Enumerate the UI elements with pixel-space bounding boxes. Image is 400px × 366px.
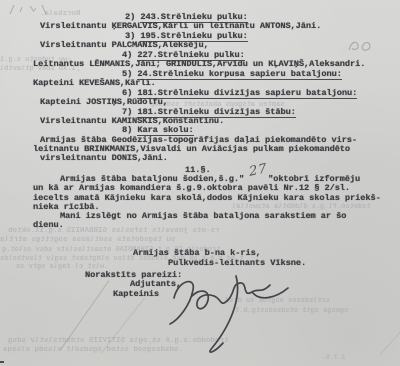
officer-line: Kapteini KEVEŠANS,Kārli.	[33, 79, 156, 88]
officer-line: Virsleitnantu PALCMANIS,Aleksēju,	[40, 41, 209, 50]
scan-speck	[0, 361, 4, 363]
pencil-scribble	[346, 36, 374, 54]
pencil-scribble	[6, 2, 50, 18]
signature-block-line: Pulkvedis-leitnants Vīksne.	[168, 259, 306, 268]
paragraph-line: un kā ar Armijas komandiera š.g.9.oktobr…	[33, 184, 350, 193]
handwritten-signature-jostins	[148, 270, 298, 355]
unit-heading-line: 8) Kara skolu:	[122, 126, 194, 135]
paragraph-line: dienu.	[33, 221, 64, 230]
bleedthrough-fragment: tsdotso.fl.g.s dlddbtla atswstlal	[232, 203, 371, 211]
bleedthrough-fragment: su tsgsdotsts ssdtlassa sogtttgs atrtla	[0, 236, 176, 244]
item-number: 8)	[122, 125, 137, 135]
bleedthrough-fragment: 2.7.5.	[322, 354, 345, 361]
officer-line: Kapteini JOSTIŅS,Rūdolfu,	[40, 98, 168, 107]
scanned-document-page: Norzkala. -wu tudostu s.g.1 ,I.xb sbav q…	[0, 0, 400, 366]
unit-name-underlined: 24.Strēlnieku korpusa sapieru bataljonu:	[137, 69, 342, 80]
officer-line: Virsleitnantu ĶERGALVIS,Kārli un leitnan…	[40, 22, 321, 31]
unit-name-underlined: 181.Strēlnieku divizījas sapieru bataljo…	[137, 88, 357, 99]
signature-block-line: Armijas štāba b-na k-ris,	[133, 249, 261, 258]
paragraph-line: virsleitnantu DONIS,Jāni.	[40, 154, 168, 163]
paragraph-line: Mani izslēgt no Armijas štāba bataljona …	[60, 212, 346, 221]
paper-crease	[379, 321, 400, 355]
officer-line: Leitnantus LĒNMANIS,Jāni; GRINDULIS,Arvī…	[33, 60, 365, 69]
